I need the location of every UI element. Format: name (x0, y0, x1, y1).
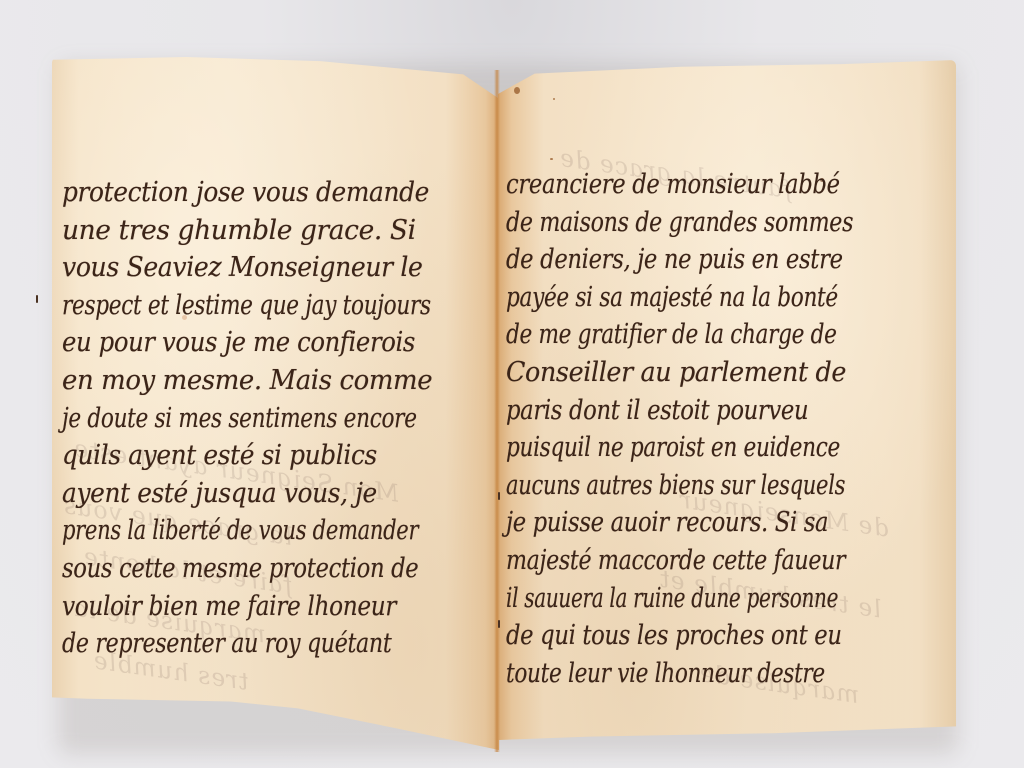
ink-speck (553, 98, 555, 100)
text-line: toute leur vie lhonneur destre (506, 655, 868, 693)
text-line: en moy mesme. Mais comme (62, 362, 481, 400)
left-page-text: protection jose vous demande une tres gh… (62, 174, 498, 663)
text-line: de representer au roy quétant (62, 625, 420, 663)
text-line: je puisse auoir recours. Si sa (506, 504, 886, 542)
text-line: aucuns autres biens sur lesquels (506, 467, 859, 505)
photo-stage: Mon Seigneur ayant este la grace que vou… (0, 0, 1024, 768)
margin-mark (36, 295, 38, 303)
text-line: puisquil ne paroist en euidence (506, 429, 868, 467)
ink-spot (514, 87, 520, 94)
text-line: il sauuera la ruine dune personne (506, 580, 840, 618)
text-line: respect et lestime que jay toujours (62, 287, 411, 325)
text-line: de deniers, je ne puis en estre (506, 241, 886, 279)
text-line: ayent esté jusqua vous, je (62, 475, 463, 513)
text-line: quils ayent esté si publics (62, 437, 463, 475)
text-line: Conseiller au parlement de (506, 354, 931, 392)
ink-speck (550, 158, 553, 160)
right-page-text: creanciere de monsieur labbé de maisons … (506, 166, 958, 692)
text-line: de maisons de grandes sommes (506, 204, 877, 242)
text-line: de me gratifier de la charge de (506, 316, 868, 354)
text-line: payée si sa majesté na la bonté (506, 279, 868, 317)
text-line: protection jose vous demande (62, 174, 463, 212)
text-line: vouloir bien me faire lhoneur (62, 588, 437, 626)
text-line: paris dont il estoit pourveu (506, 392, 886, 430)
margin-mark (498, 620, 500, 628)
text-line: sous cette mesme protection de (62, 550, 428, 588)
text-line: prens la liberté de vous demander (62, 512, 402, 550)
text-line: majesté maccorde cette faueur (506, 542, 877, 580)
text-line: creanciere de monsieur labbé (506, 166, 886, 204)
text-line: de qui tous les proches ont eu (506, 617, 886, 655)
margin-mark (498, 492, 500, 500)
text-line: je doute si mes sentimens encore (62, 400, 411, 438)
text-line: une tres ghumble grace. Si (62, 212, 489, 250)
text-line: vous Seaviez Monseigneur le (62, 249, 467, 287)
text-line: eu pour vous je me confierois (62, 324, 454, 362)
